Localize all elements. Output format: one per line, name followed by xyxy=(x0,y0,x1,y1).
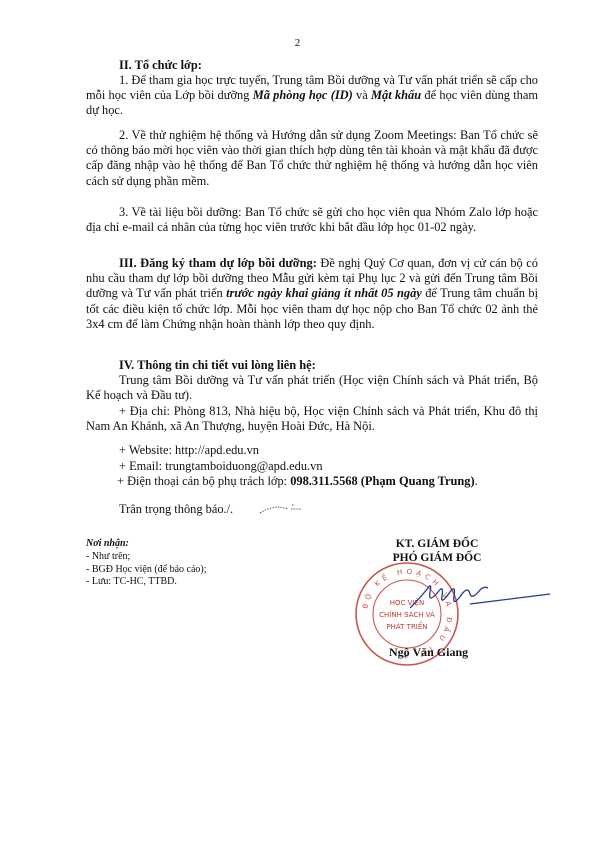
section-2-item-3: 3. Về tài liệu bồi dưỡng: Ban Tổ chức sẽ… xyxy=(86,205,538,235)
deadline-emphasis: trước ngày khai giảng ít nhất 05 ngày xyxy=(226,286,422,300)
recipient-item: - Lưu: TC-HC, TTBD. xyxy=(86,576,207,589)
contact-org: Trung tâm Bồi dưỡng và Tư vấn phát triển… xyxy=(86,373,538,403)
phone-value: 098.311.5568 (Phạm Quang Trung) xyxy=(290,474,474,488)
svg-text:PHÁT TRIỂN: PHÁT TRIỂN xyxy=(386,621,427,631)
recipient-item: - Như trên; xyxy=(86,551,207,564)
section-2-item-1: 1. Để tham gia học trực tuyến, Trung tâm… xyxy=(86,73,538,119)
contact-email: + Email: trungtamboiduong@apd.edu.vn xyxy=(119,459,323,474)
contact-address: + Địa chỉ: Phòng 813, Nhà hiệu bộ, Học v… xyxy=(86,404,538,434)
signer-name: Ngô Văn Giang xyxy=(389,645,468,660)
room-id-label: Mã phòng học (ID) xyxy=(253,88,353,102)
handwritten-signature xyxy=(410,578,550,618)
section-4-heading: IV. Thông tin chi tiết vui lòng liên hệ: xyxy=(119,358,316,373)
recipient-item: - BGĐ Học viện (để báo cáo); xyxy=(86,564,207,577)
signer-title-line-1: KT. GIÁM ĐỐC xyxy=(372,537,502,551)
phone-label: + Điện thoại cán bộ phụ trách lớp: xyxy=(117,474,290,488)
password-label: Mật khẩu xyxy=(371,88,421,102)
contact-phone: + Điện thoại cán bộ phụ trách lớp: 098.3… xyxy=(117,474,478,489)
section-3-heading: III. Đăng ký tham dự lớp bồi dưỡng: xyxy=(119,256,317,270)
initials-mark xyxy=(258,503,304,515)
phone-end: . xyxy=(475,474,478,488)
closing-line: Trân trọng thông báo./. xyxy=(119,502,233,517)
page-number: 2 xyxy=(0,36,595,51)
recipients-title: Nơi nhận: xyxy=(86,538,207,551)
recipients-block: Nơi nhận: - Như trên; - BGĐ Học viện (để… xyxy=(86,538,207,589)
contact-website: + Website: http://apd.edu.vn xyxy=(119,443,259,458)
section-2-item-2: 2. Về thử nghiệm hệ thống và Hướng dẫn s… xyxy=(86,128,538,189)
section-2-heading: II. Tổ chức lớp: xyxy=(119,58,202,73)
item-1-mid: và xyxy=(353,88,371,102)
section-3: III. Đăng ký tham dự lớp bồi dưỡng: Đề n… xyxy=(86,256,538,332)
